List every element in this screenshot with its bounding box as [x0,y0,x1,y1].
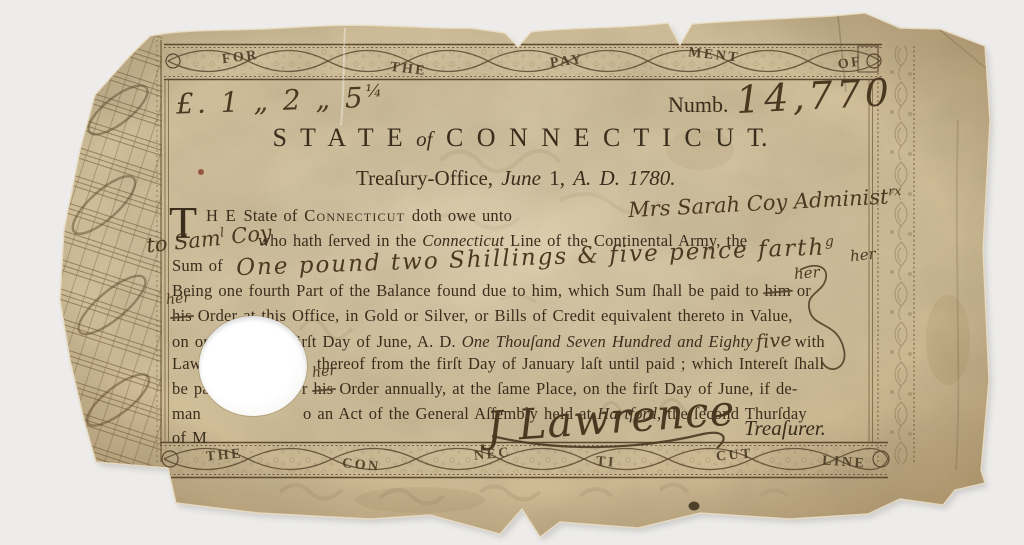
pound-sign: £. [175,87,209,121]
band-word: CON [341,456,381,476]
line10-of-m: of M [172,428,207,447]
soldier-abbrev: l [219,224,225,239]
amount-figures: 1 „ 2 „ 5 [220,81,366,119]
correction-her: her [849,245,876,266]
line9-man: man [172,404,201,423]
line4-being: Being one fourth Part of the Balance fou… [172,281,759,300]
document-title: S T A T E of C O N N E C T I C U T. [168,123,872,153]
line7-interest: thereof from the firſt Day of January la… [317,354,824,373]
month: June [501,166,541,190]
number-label: Numb. [668,92,729,118]
band-word: PAY [549,52,585,72]
band-word: FOR [221,48,260,68]
treasurer-title: Treaſurer. [744,416,826,441]
line6-handwritten-five: five [755,329,792,354]
title-connecticut: C O N N E C T I C U T. [446,123,768,152]
line4-or: or [797,281,811,300]
cancellation-hole [199,316,307,416]
band-word: MENT [687,45,740,66]
body-line: of M [172,428,207,448]
line5-order: Order at this Office, in Gold or Silver,… [198,306,793,325]
day: 1, [549,166,565,190]
handwritten-soldier: to Saml Coy [145,219,273,257]
line3-sum-of: Sum of [172,256,223,275]
band-word: LINE [821,453,866,472]
line6-with: with [795,332,825,351]
line5-struck-his: his [172,306,192,325]
certificate-content: FOR THE PAY MENT OF THE CON NEC TI CUT L… [0,0,1024,545]
line8-struck-his: his [314,379,334,398]
year: A. D. 1780. [573,166,675,190]
line1-doth-owe: doth owe unto [412,206,512,225]
treasury-office: Treaſury-Office, [356,166,493,190]
correction-her: her [165,290,191,308]
title-state: S T A T E [272,123,402,152]
band-word: THE [389,60,428,80]
line2-served: who hath ſerved in the [258,231,416,250]
correction-her: her [793,263,820,283]
soldier-name: to Sam [145,226,222,258]
line6-year-words: One Thouſand Seven Hundred and Eighty [462,332,753,351]
scanned-document-page: FOR THE PAY MENT OF THE CON NEC TI CUT L… [0,0,1024,545]
signature-underline-flourish [488,430,738,456]
amount-fraction: ¼ [365,81,385,102]
handwritten-number: 14,770 [735,70,894,122]
band-word: THE [205,446,243,465]
line1-connecticut: Connecticut [304,206,405,225]
payee-abbrev: rx [888,183,902,199]
title-of: of [416,127,432,151]
band-word: TI [595,454,616,472]
line4-struck-him: him [765,281,791,300]
dateline: Treaſury-Office, June 1, A. D. 1780. [356,166,675,191]
line1-he: H E [206,206,237,225]
body-line: Being one fourth Part of the Balance fou… [172,281,811,301]
sum-abbrev: g [825,234,836,250]
handwritten-amount: £. 1 „ 2 „ 5¼ [175,80,385,120]
body-line: Sum of [172,256,223,276]
correction-her: her [311,363,337,381]
